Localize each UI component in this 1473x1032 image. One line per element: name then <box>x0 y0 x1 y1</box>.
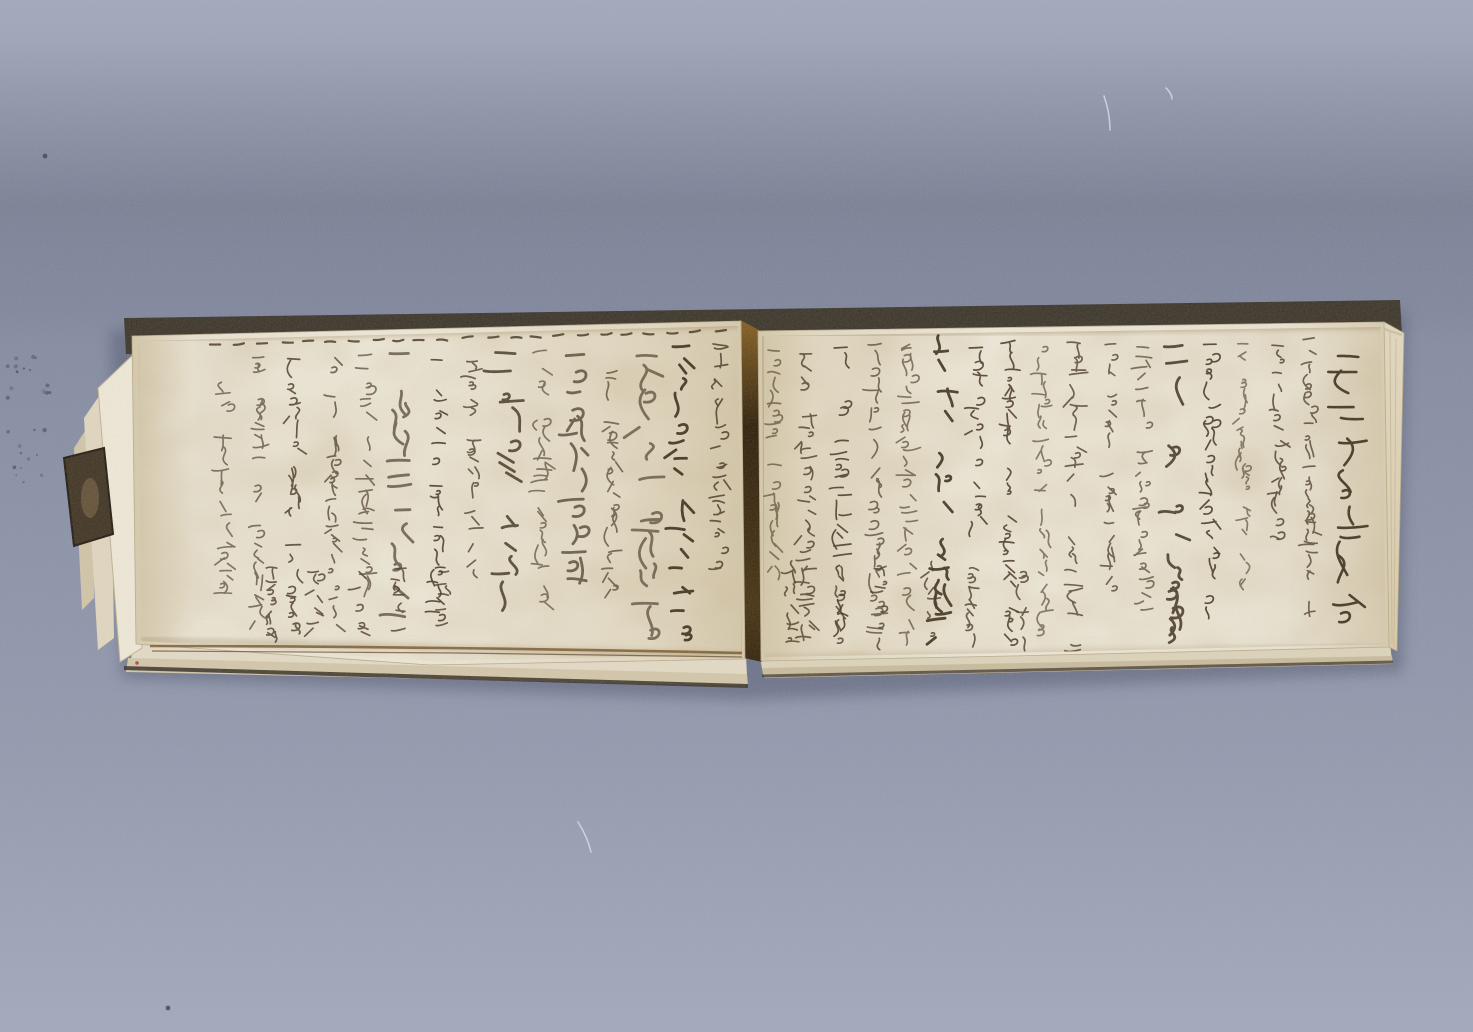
film-grain <box>0 0 1473 1032</box>
manuscript-photograph <box>0 0 1473 1032</box>
photo-scene <box>0 0 1473 1032</box>
